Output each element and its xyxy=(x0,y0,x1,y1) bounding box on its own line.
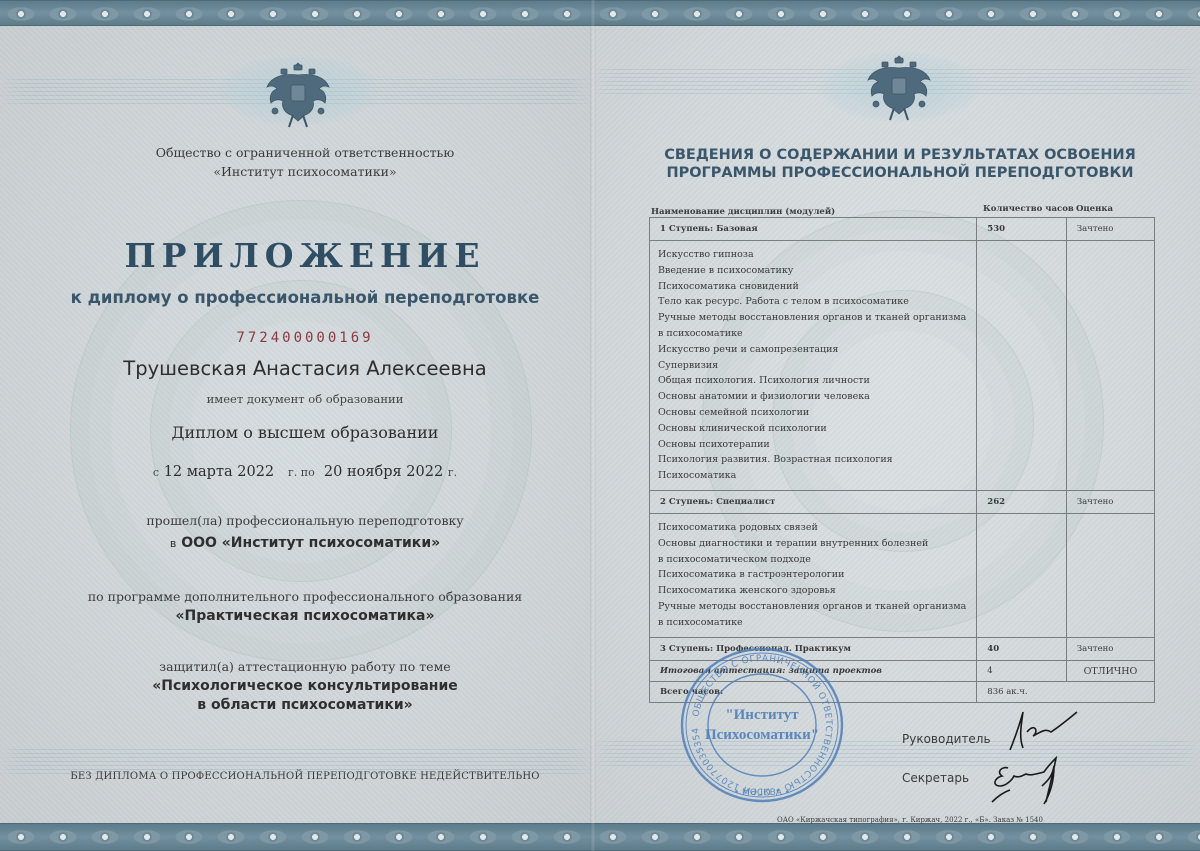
date-from: 12 марта 2022 xyxy=(164,464,274,480)
bottom-ornament-border xyxy=(0,823,592,851)
discipline-item: Искусство гипноза xyxy=(658,247,966,263)
study-period: с 12 марта 2022 г. по 20 ноября 2022 г. xyxy=(60,464,550,480)
institution-name: ООО «Институт психосоматики» xyxy=(181,535,440,551)
stage-name: 2 Ступень: Специалист xyxy=(650,491,976,507)
final-attestation-grade: ОТЛИЧНО xyxy=(1067,661,1154,677)
page-title: ПРИЛОЖЕНИЕ xyxy=(60,236,550,275)
thesis-title-line-1: «Психологическое консультирование xyxy=(60,678,550,694)
date-suffix: г. xyxy=(448,466,457,479)
discipline-item: в психосоматическом подходе xyxy=(658,552,966,568)
discipline-list-row: Психосоматика родовых связейОсновы диагн… xyxy=(650,513,1155,637)
discipline-item: Основы диагностики и терапии внутренних … xyxy=(658,536,966,552)
education-document-type: Диплом о высшем образовании xyxy=(60,423,550,442)
discipline-item: Искусство речи и самопрезентация xyxy=(658,342,966,358)
discipline-item: Основы семейной психологии xyxy=(658,405,966,421)
holder-full-name: Трушевская Анастасия Алексеевна xyxy=(40,357,570,380)
disciplines-table: 1 Ступень: Базовая530ЗачтеноИскусство ги… xyxy=(649,217,1155,703)
stage-hours: 530 xyxy=(977,218,1066,234)
discipline-item: Психология развития. Возрастная психолог… xyxy=(658,452,966,468)
stage-grade: Зачтено xyxy=(1067,218,1154,234)
thesis-label: защитил(а) аттестационную работу по теме xyxy=(60,659,550,674)
svg-text:"Институт: "Институт xyxy=(725,707,799,723)
secretary-label: Секретарь xyxy=(902,771,969,785)
discipline-item: Тело как ресурс. Работа с телом в психос… xyxy=(658,294,966,310)
discipline-list-row: Искусство гипнозаВведение в психосоматик… xyxy=(650,241,1155,491)
discipline-item: в психосоматике xyxy=(658,326,966,342)
russian-coat-of-arms-icon xyxy=(263,55,333,133)
svg-text:Психосоматики": Психосоматики" xyxy=(705,727,819,743)
invalid-without-diploma-notice: БЕЗ ДИПЛОМА О ПРОФЕССИОНАЛЬНОЙ ПЕРЕПОДГО… xyxy=(60,771,550,782)
final-attestation-hours: 4 xyxy=(977,661,1066,676)
discipline-item: Основы клинической психологии xyxy=(658,421,966,437)
svg-text:• МОСКВА •: • МОСКВА • xyxy=(734,788,790,798)
top-ornament-border xyxy=(592,0,1200,26)
program-name: «Практическая психосоматика» xyxy=(60,608,550,624)
institution-prefix: в xyxy=(170,537,176,550)
bottom-ornament-border xyxy=(592,823,1200,851)
discipline-item: Психосоматика xyxy=(658,468,966,484)
contents-title-line-1: СВЕДЕНИЯ О СОДЕРЖАНИИ И РЕЗУЛЬТАТАХ ОСВО… xyxy=(620,147,1180,163)
printer-note: ОАО «Киржачская типография», г. Киржач, … xyxy=(760,816,1060,824)
discipline-item: Общая психология. Психология личности xyxy=(658,373,966,389)
stage-name: 1 Ступень: Базовая xyxy=(650,218,976,234)
discipline-item: Психосоматика сновидений xyxy=(658,279,966,295)
stage-row: 2 Ступень: Специалист262Зачтено xyxy=(650,490,1155,513)
top-ornament-border xyxy=(0,0,592,26)
discipline-item: Ручные методы восстановления органов и т… xyxy=(658,599,966,615)
page-fold xyxy=(590,0,596,851)
round-seal-icon: ОБЩЕСТВО С ОГРАНИЧЕННОЙ ОТВЕТСТВЕННОСТЬЮ… xyxy=(678,645,846,805)
russian-coat-of-arms-icon xyxy=(864,48,934,126)
serial-number: 772400000169 xyxy=(60,330,550,346)
page-subtitle: к диплому о профессиональной переподгото… xyxy=(40,288,570,307)
secretary-signature xyxy=(988,756,1078,812)
discipline-list: Психосоматика родовых связейОсновы диагн… xyxy=(650,514,976,637)
organization-line-2: «Институт психосоматики» xyxy=(60,164,550,179)
program-label: по программе дополнительного профессиона… xyxy=(40,589,570,604)
discipline-item: Введение в психосоматику xyxy=(658,263,966,279)
discipline-item: Психосоматика в гастроэнтерологии xyxy=(658,567,966,583)
stage-hours: 262 xyxy=(977,491,1066,507)
header-grade: Оценка xyxy=(1076,204,1113,214)
contents-title-line-2: ПРОГРАММЫ ПРОФЕССИОНАЛЬНОЙ ПЕРЕПОДГОТОВК… xyxy=(620,165,1180,181)
organization-line-1: Общество с ограниченной ответственностью xyxy=(60,145,550,160)
stage-row: 1 Ступень: Базовая530Зачтено xyxy=(650,218,1155,241)
date-to: 20 ноября 2022 xyxy=(324,464,443,480)
date-from-prefix: с xyxy=(153,466,159,479)
discipline-item: Основы анатомии и физиологии человека xyxy=(658,389,966,405)
discipline-item: Психосоматика родовых связей xyxy=(658,520,966,536)
discipline-item: Основы психотерапии xyxy=(658,437,966,453)
thesis-title-line-2: в области психосоматики» xyxy=(60,697,550,713)
stage-hours: 40 xyxy=(977,638,1066,654)
stage-grade: Зачтено xyxy=(1067,638,1154,654)
director-signature xyxy=(1005,708,1085,760)
stage-grade: Зачтено xyxy=(1067,491,1154,507)
total-value: 836 ак.ч. xyxy=(977,682,1154,697)
discipline-item: Психосоматика женского здоровья xyxy=(658,583,966,599)
header-discipline: Наименование дисциплин (модулей) xyxy=(651,207,835,217)
discipline-item: Ручные методы восстановления органов и т… xyxy=(658,310,966,326)
passed-retraining-label: прошел(ла) профессиональную переподготов… xyxy=(60,513,550,528)
discipline-list: Искусство гипнозаВведение в психосоматик… xyxy=(650,241,976,490)
discipline-item: в психосоматике xyxy=(658,615,966,631)
has-document-label: имеет документ об образовании xyxy=(60,392,550,406)
header-hours: Количество часов xyxy=(983,204,1074,214)
discipline-item: Супервизия xyxy=(658,358,966,374)
institution: в ООО «Институт психосоматики» xyxy=(60,535,550,551)
date-mid: г. по xyxy=(288,466,315,479)
director-label: Руководитель xyxy=(902,732,991,746)
